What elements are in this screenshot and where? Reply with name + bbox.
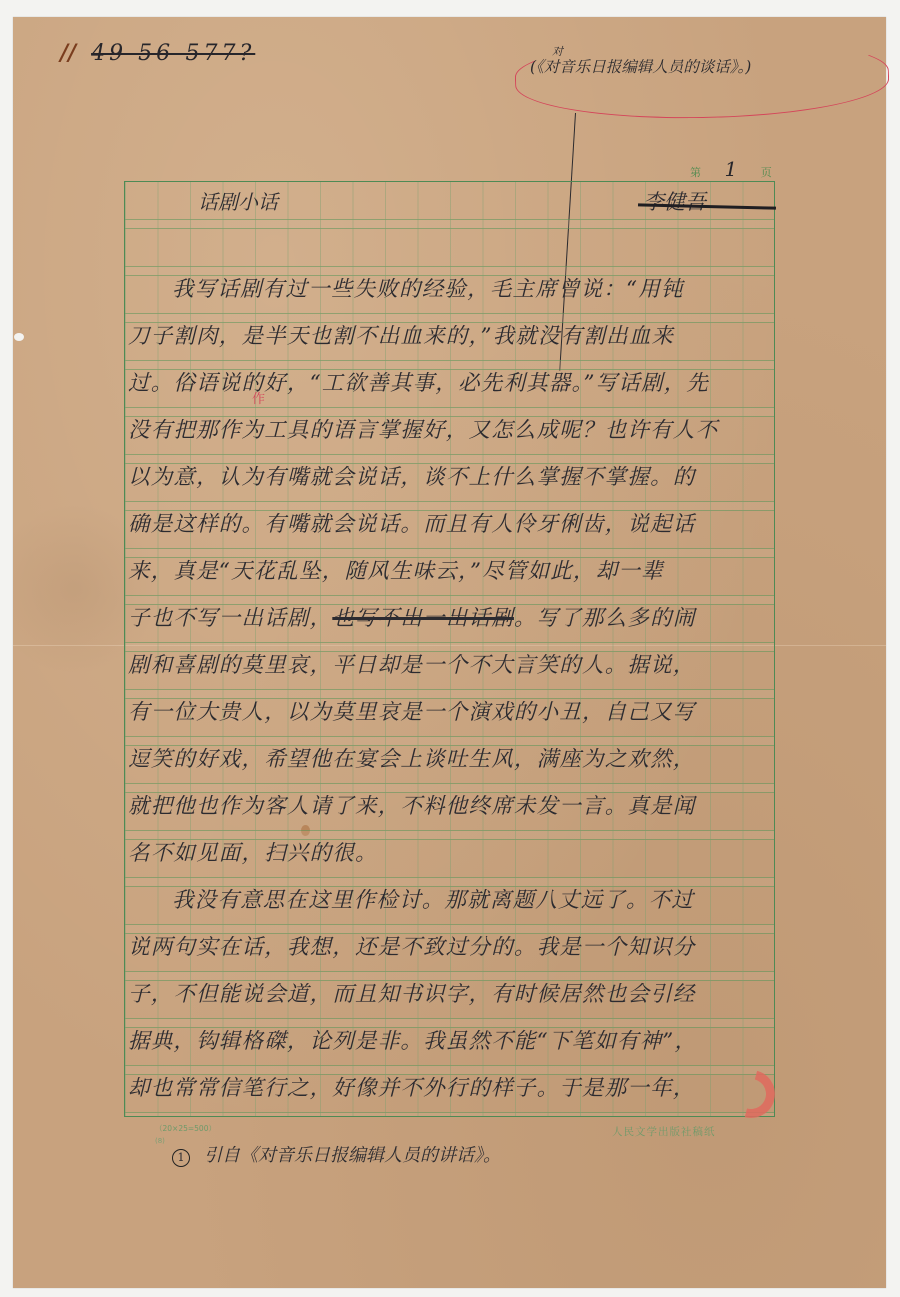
red-pencil-correction: 作 [252, 388, 265, 407]
body-line: 没有把那作为工具的语言掌握好，又怎么成呢？也许有人不 [128, 410, 773, 457]
footnote-mark: 1 [172, 1149, 190, 1167]
archive-number: // 49 56-577? [60, 40, 255, 66]
struck-out-text: 也写不出一出话剧 [332, 606, 514, 631]
body-line: 我没有意思在这里作检讨。那就离题八丈远了。不过 [128, 880, 773, 927]
body-line-text: 子也不写一出话剧， [128, 606, 332, 631]
grid-spec-label: （20×25=500） [155, 1123, 216, 1134]
publisher-stationery-label: 人民文学出版社稿纸 [612, 1124, 716, 1139]
margin-note-text: (《对音乐日报编辑人员的谈话》。) [530, 58, 751, 76]
page-number-value: 1 [725, 157, 738, 181]
grid-spec-sublabel: (8) [155, 1137, 165, 1145]
archive-number-struck: 49 56-577? [91, 41, 255, 66]
body-line: 说两句实在话，我想，还是不致过分的。我是一个知识分 [128, 927, 773, 974]
body-line-text: 没有把那作为工具的语言掌握好，又怎么成呢？也许有人不 [128, 418, 718, 443]
body-line: 有一位大贵人，以为莫里哀是一个演戏的小丑，自己又写 [128, 692, 773, 739]
body-line: 以为意，认为有嘴就会说话，谈不上什么掌握不掌握。的 [128, 457, 773, 504]
body-line: 过。俗语说的好，“工欲善其事，必先利其器。”写话剧，先 [128, 363, 773, 410]
body-line: 来，真是“天花乱坠，随风生味云，”尽管如此，却一辈 [128, 551, 773, 598]
body-line: 名不如见面，扫兴的很。 [128, 833, 773, 880]
margin-source-note: 对 (《对音乐日报编辑人员的谈话》。) [530, 55, 751, 77]
manuscript-body: 我写话剧有过一些失败的经验，毛主席曾说：“用钝 刀子割肉，是半天也割不出血来的，… [128, 269, 773, 1115]
page-number: 第 1 页 [690, 157, 772, 181]
paper-tear [14, 333, 24, 341]
margin-insert-correction: 对 [552, 43, 563, 59]
body-line: 我写话剧有过一些失败的经验，毛主席曾说：“用钝 [128, 269, 773, 316]
body-line: 剧和喜剧的莫里哀，平日却是一个不大言笑的人。据说， [128, 645, 773, 692]
body-line-continuation: 。写了那么多的闹 [514, 606, 696, 631]
footnote: 1引自《对音乐日报编辑人员的讲话》。 [172, 1141, 501, 1167]
page-number-prefix: 第 [690, 166, 701, 179]
body-line: 却也常常信笔行之，好像并不外行的样子。于是那一年， [128, 1068, 773, 1115]
author-name: 李健吾 [643, 186, 706, 216]
body-line-with-edits: 子也不写一出话剧，也写不出一出话剧。写了那么多的闹 [128, 598, 773, 645]
body-line: 刀子割肉，是半天也割不出血来的，”我就没有割出血来 [128, 316, 773, 363]
page-number-suffix: 页 [761, 166, 772, 179]
body-line: 确是这样的。有嘴就会说话。而且有人伶牙俐齿，说起话 [128, 504, 773, 551]
footnote-text: 引自《对音乐日报编辑人员的讲话》。 [204, 1145, 501, 1166]
body-line: 据典，钩辑格磔，论列是非。我虽然不能“下笔如有神”， [128, 1021, 773, 1068]
body-line: 逗笑的好戏，希望他在宴会上谈吐生风，满座为之欢然， [128, 739, 773, 786]
body-line: 子，不但能说会道，而且知书识字，有时候居然也会引经 [128, 974, 773, 1021]
archive-slash-marks: // [60, 40, 76, 66]
document-title: 话剧小话 [198, 186, 278, 215]
body-line: 就把他也作为客人请了来，不料他终席未发一言。真是闻 [128, 786, 773, 833]
